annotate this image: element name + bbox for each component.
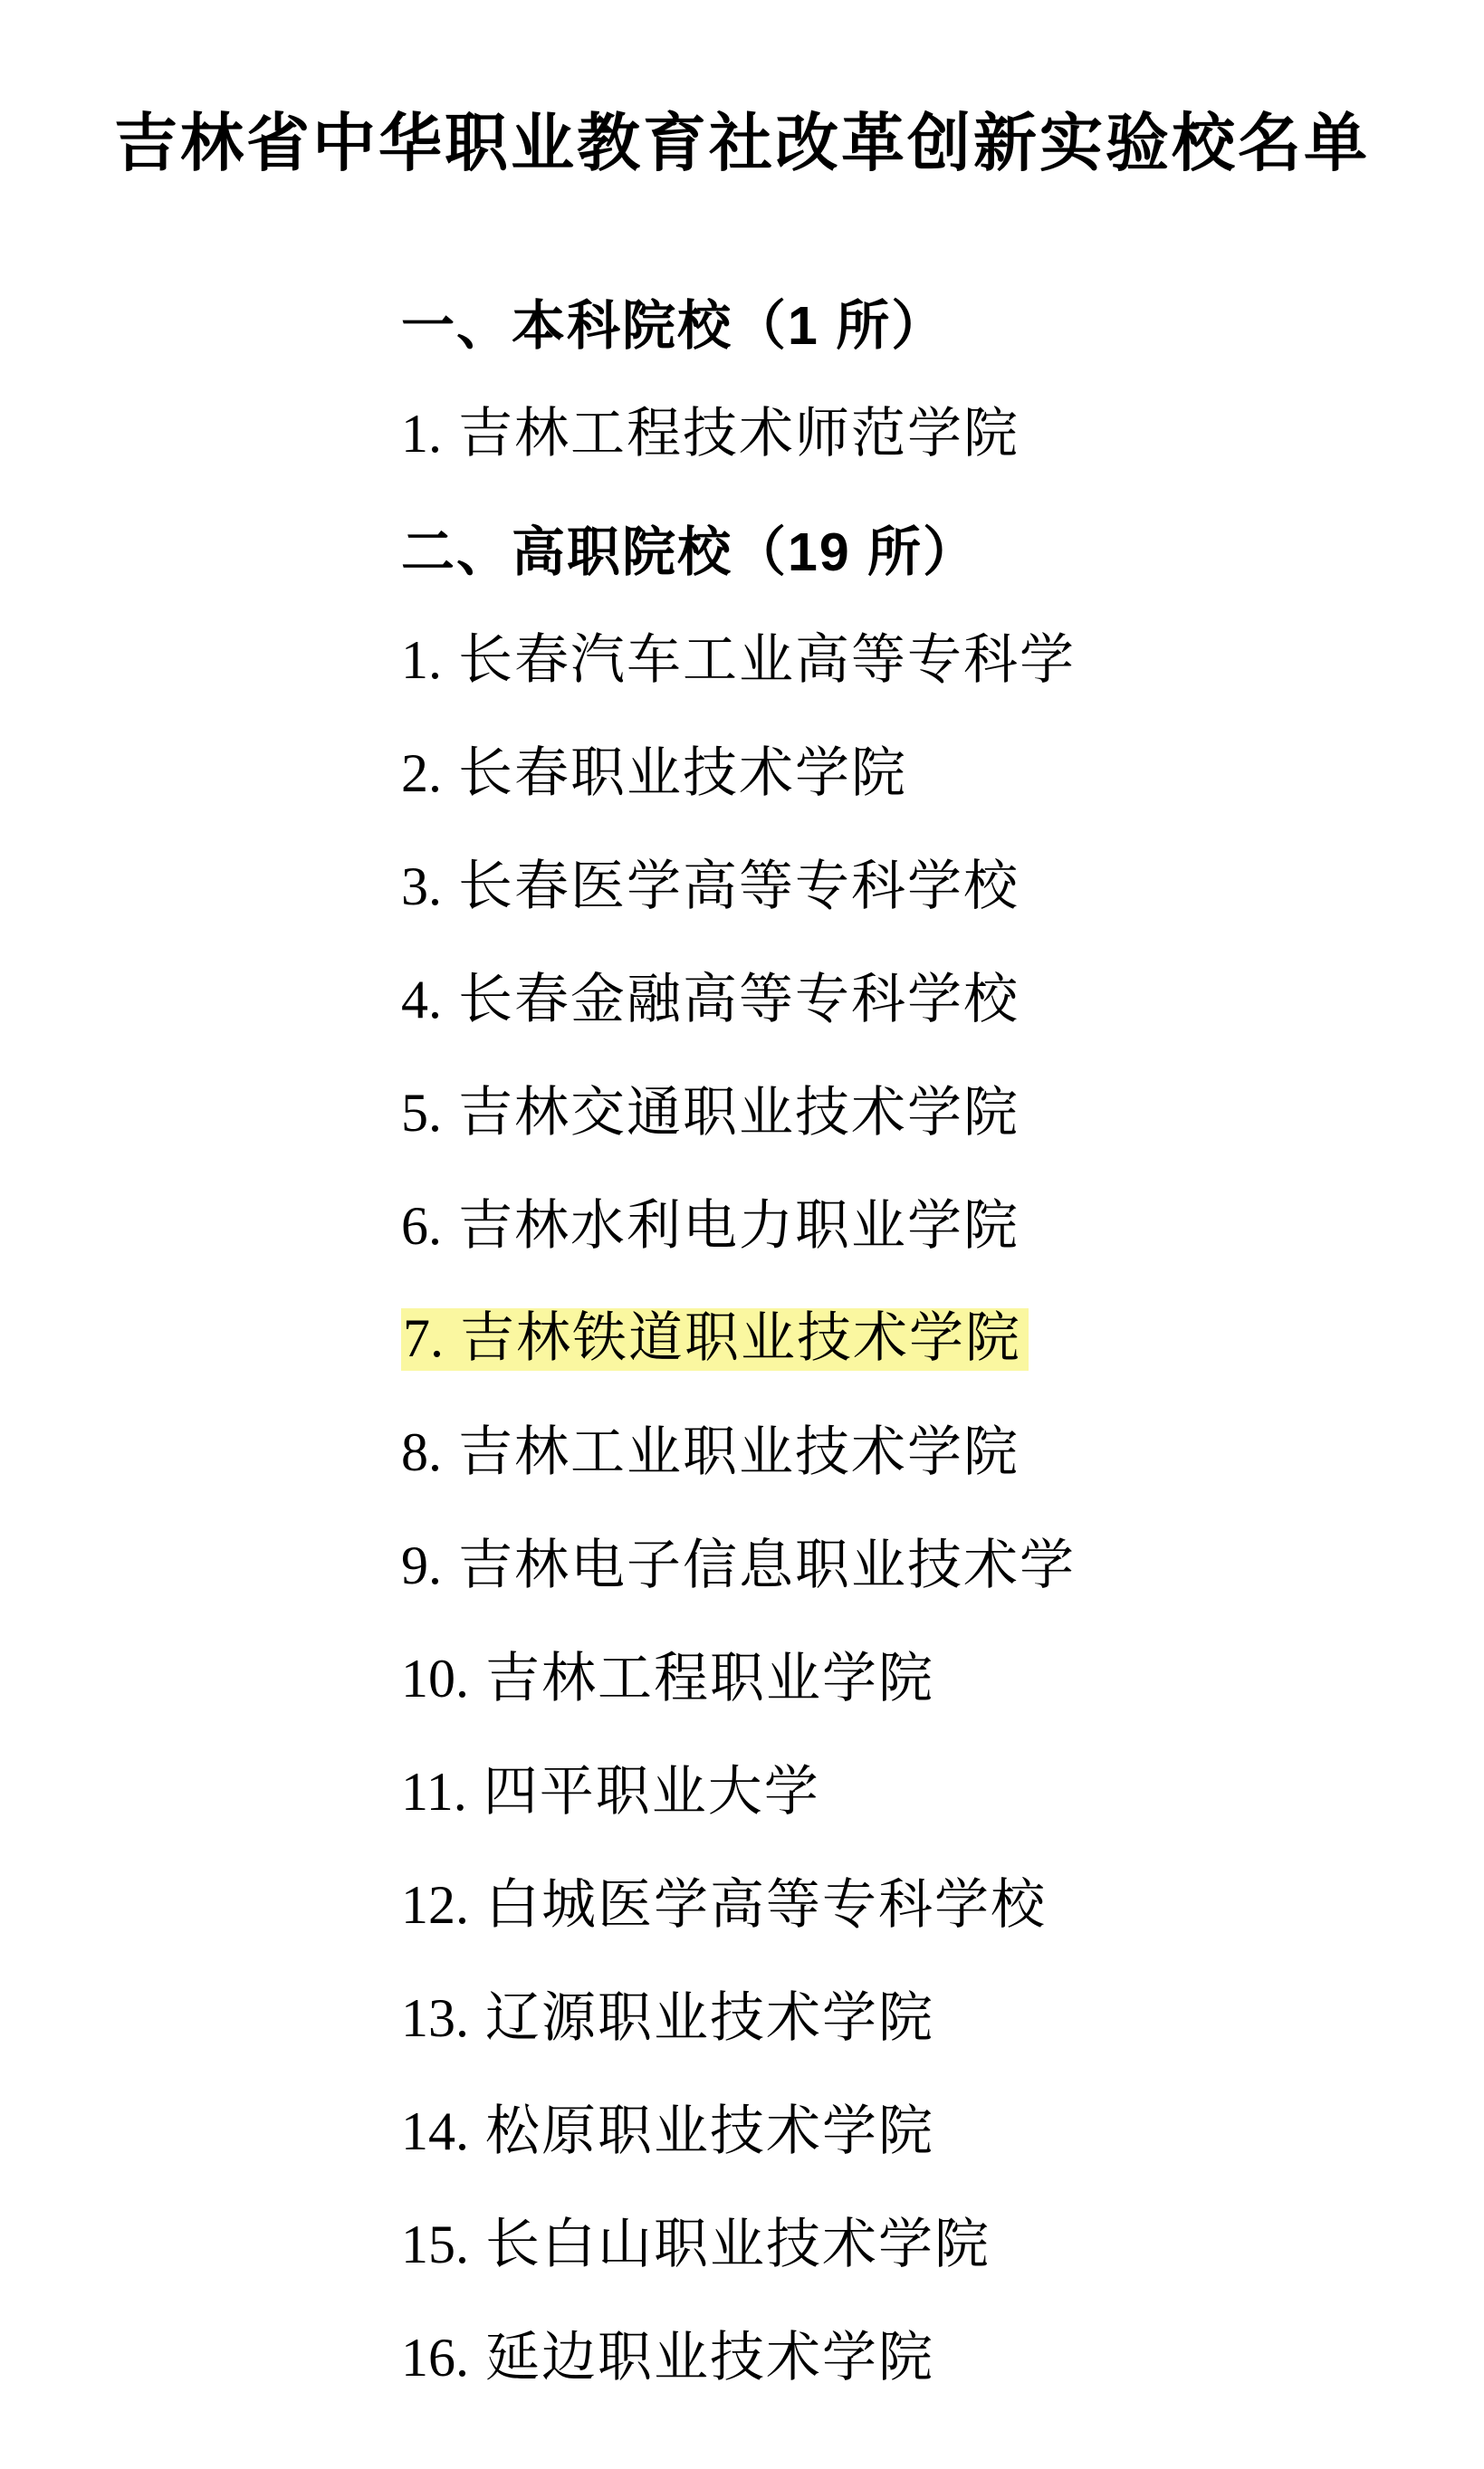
school-name: 吉林工业职业技术学院 [458,1422,1020,1482]
school-entry: 13.辽源职业技术学院 [401,1990,934,2048]
school-number: 5. [401,1083,442,1143]
school-name: 长白山职业技术学院 [485,2215,991,2274]
school-entry: 15.长白山职业技术学院 [401,2216,991,2274]
school-name: 长春金融高等专科学校 [458,970,1020,1029]
school-number: 9. [401,1536,442,1595]
school-entry: 6.吉林水利电力职业学院 [401,1198,1020,1256]
school-number: 8. [401,1422,442,1482]
school-number: 11. [401,1762,467,1822]
school-entry: 1.吉林工程技术师范学院 [401,406,1020,464]
school-number: 13. [401,1988,469,2048]
list-item: 5.吉林交通职业技术学院 [401,1057,1076,1170]
school-name: 白城医学高等专科学校 [485,1875,1047,1935]
school-entry: 2.长春职业技术学院 [401,745,907,803]
list-item: 3.长春医学高等专科学校 [401,830,1076,943]
list-item: 1.吉林工程技术师范学院 [401,378,1076,491]
highlighted-school-entry: 7.吉林铁道职业技术学院 [401,1308,1029,1372]
section-heading: 一、本科院校（1 所） [401,264,1076,378]
school-entry: 16.延边职业技术学院 [401,2330,934,2388]
school-entry: 10.吉林工程职业学院 [401,1651,934,1708]
school-name: 四平职业大学 [483,1762,820,1822]
school-name: 长春职业技术学院 [458,743,907,803]
list-item: 4.长春金融高等专科学校 [401,943,1076,1057]
list-item: 11.四平职业大学 [401,1736,1076,1849]
list-item: 10.吉林工程职业学院 [401,1622,1076,1736]
school-name: 吉林交通职业技术学院 [458,1083,1020,1143]
page-title: 吉林省中华职业教育社改革创新实验校名单 [0,111,1484,175]
list-item: 2.长春职业技术学院 [401,717,1076,830]
school-number: 10. [401,1649,469,1708]
school-entry: 5.吉林交通职业技术学院 [401,1085,1020,1143]
school-entry: 9.吉林电子信息职业技术学 [401,1537,1076,1595]
school-number: 3. [401,856,442,916]
school-entry: 11.四平职业大学 [401,1764,820,1822]
school-entry: 1.长春汽车工业高等专科学 [401,632,1076,690]
school-number: 4. [401,970,442,1029]
school-name: 吉林工程职业学院 [485,1649,934,1708]
school-entry: 14.松原职业技术学院 [401,2103,934,2161]
list-item: 15.长白山职业技术学院 [401,2188,1076,2302]
list-item: 14.松原职业技术学院 [401,2075,1076,2188]
list-item: 8.吉林工业职业技术学院 [401,1396,1076,1509]
school-name: 松原职业技术学院 [485,2101,934,2161]
school-number: 14. [401,2101,469,2161]
school-name: 辽源职业技术学院 [485,1988,934,2048]
school-entry: 8.吉林工业职业技术学院 [401,1424,1020,1482]
document-page: 吉林省中华职业教育社改革创新实验校名单 一、本科院校（1 所）1.吉林工程技术师… [0,0,1484,2469]
school-name: 吉林铁道职业技术学院 [460,1308,1021,1368]
list-item: 7.吉林铁道职业技术学院 [401,1283,1076,1396]
list-item: 16.延边职业技术学院 [401,2302,1076,2415]
school-name: 长春汽车工业高等专科学 [458,630,1076,690]
school-entry: 12.白城医学高等专科学校 [401,1877,1047,1935]
school-name: 延边职业技术学院 [485,2328,934,2388]
school-name: 吉林电子信息职业技术学 [458,1536,1076,1595]
list-item: 9.吉林电子信息职业技术学 [401,1509,1076,1622]
list-item: 6.吉林水利电力职业学院 [401,1170,1076,1283]
document-body: 一、本科院校（1 所）1.吉林工程技术师范学院二、高职院校（19 所）1.长春汽… [401,264,1076,2415]
school-number: 6. [401,1196,442,1256]
school-entry: 3.长春医学高等专科学校 [401,858,1020,916]
school-number: 15. [401,2215,469,2274]
school-number: 16. [401,2328,469,2388]
school-name: 长春医学高等专科学校 [458,856,1020,916]
section-heading: 二、高职院校（19 所） [401,491,1076,604]
school-number: 7. [403,1308,444,1368]
school-number: 1. [401,404,442,464]
school-entry: 4.长春金融高等专科学校 [401,971,1020,1029]
school-number: 1. [401,630,442,690]
school-name: 吉林工程技术师范学院 [458,404,1020,464]
school-name: 吉林水利电力职业学院 [458,1196,1020,1256]
list-item: 1.长春汽车工业高等专科学 [401,604,1076,717]
school-number: 2. [401,743,442,803]
list-item: 12.白城医学高等专科学校 [401,1849,1076,1962]
school-number: 12. [401,1875,469,1935]
list-item: 13.辽源职业技术学院 [401,1962,1076,2075]
